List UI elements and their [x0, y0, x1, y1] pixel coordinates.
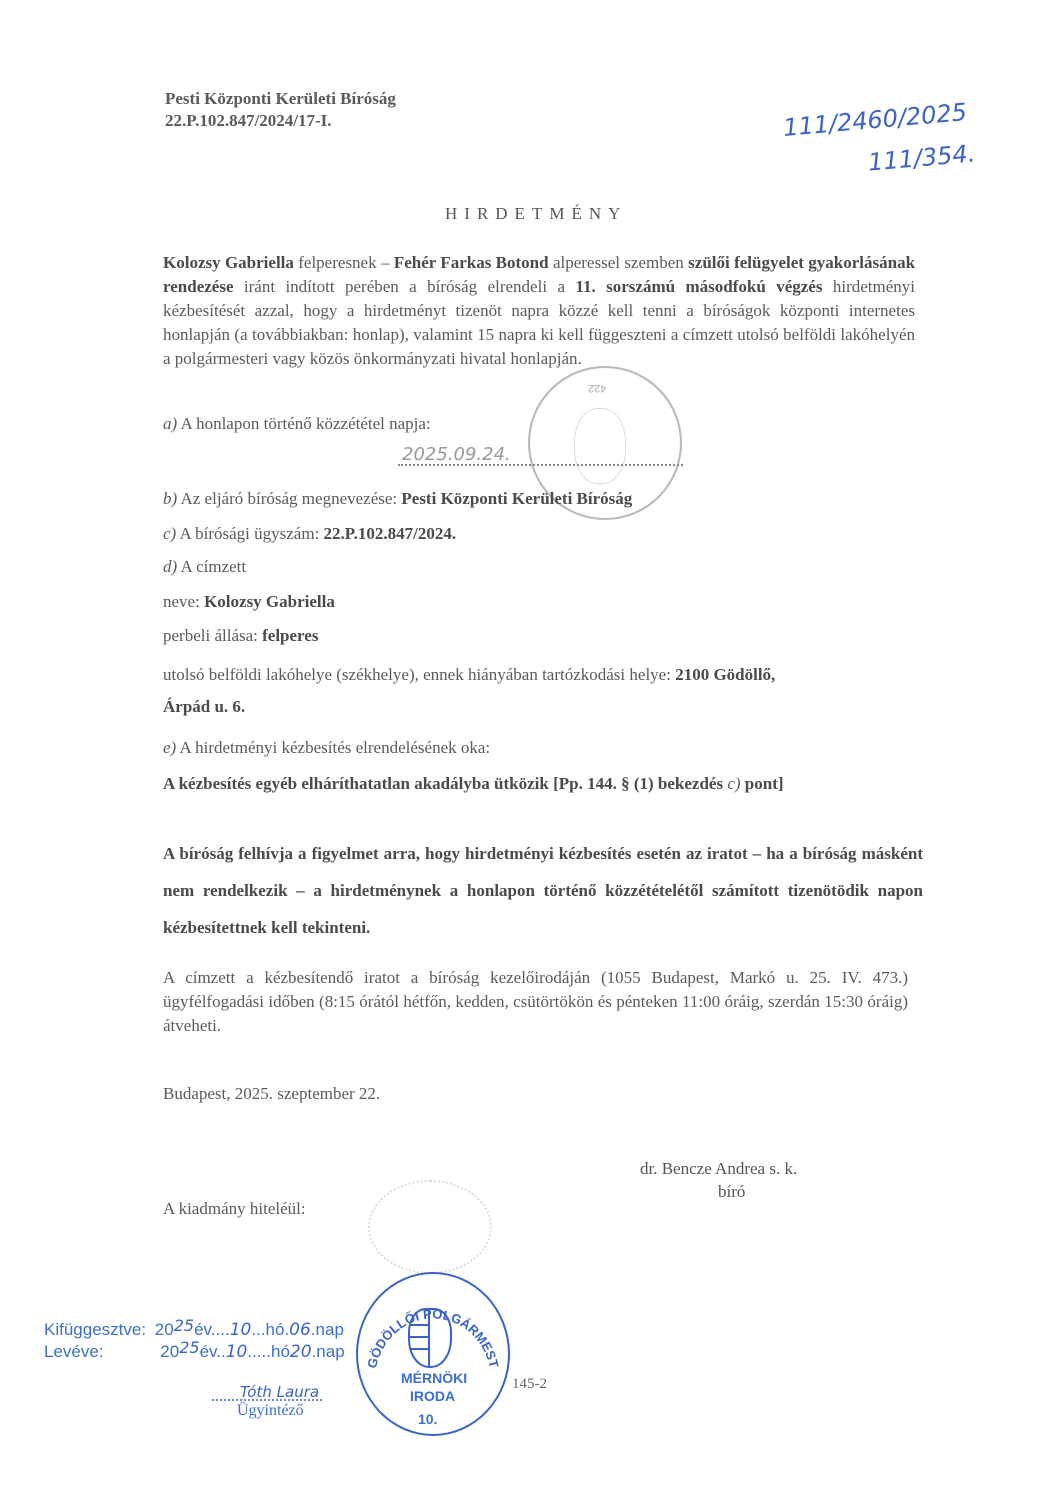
certified-label: A kiadmány hiteléül: — [163, 1199, 306, 1219]
recipient-name: neve: Kolozsy Gabriella — [163, 592, 335, 612]
recipient-role: perbeli állása: felperes — [163, 626, 318, 646]
case-number-value: 22.P.102.847/2024. — [324, 524, 457, 543]
handwritten-reference-1: 111/2460/2025 — [782, 98, 968, 142]
removed-row: Levéve: 2025év..10.....hó20.nap — [44, 1338, 345, 1362]
intro-text-2: alperessel szemben — [549, 253, 689, 272]
posted-month: 10 — [230, 1320, 252, 1340]
intro-text-1: felperesnek – — [294, 253, 394, 272]
intro-text-3: iránt indított perében a bíróság elrende… — [234, 277, 576, 296]
removed-month: 10 — [226, 1342, 248, 1362]
recipient-address-line-2: Árpád u. 6. — [163, 697, 245, 717]
pickup-paragraph: A címzett a kézbesítendő iratot a bírósá… — [163, 966, 908, 1038]
clerk-label: Ügyintéző — [237, 1402, 304, 1420]
posted-year: 25 — [174, 1316, 194, 1335]
publication-date-field: 2025.09.24. — [398, 444, 683, 466]
item-d: d) A címzett — [163, 557, 246, 577]
office-stamp: GÖDÖLLŐI POLGÁRMESTERI HIVATAL MÉRNÖKI I… — [356, 1272, 510, 1436]
coat-of-arms-icon — [408, 1308, 452, 1368]
office-stamp-line2: IRODA — [410, 1388, 455, 1404]
order-reference: 11. sorszámú másodfokú végzés — [575, 277, 822, 296]
item-e: e) A hirdetményi kézbesítés elrendelésén… — [163, 738, 490, 758]
publication-date-handwritten: 2025.09.24. — [402, 444, 511, 465]
posted-row: Kifüggesztve: 2025év....10...hó.06.nap — [44, 1316, 344, 1340]
removed-year: 25 — [179, 1338, 199, 1357]
posted-label: Kifüggesztve: — [44, 1320, 146, 1339]
footer-code: 145-2 — [512, 1376, 547, 1393]
office-stamp-number: 10. — [418, 1411, 437, 1427]
place-date: Budapest, 2025. szeptember 22. — [163, 1084, 380, 1104]
item-b: b) Az eljáró bíróság megnevezése: Pesti … — [163, 489, 632, 509]
document-title: HIRDETMÉNY — [445, 204, 627, 224]
case-reference: 22.P.102.847/2024/17-I. — [165, 110, 332, 132]
plaintiff-name: Kolozsy Gabriella — [163, 253, 294, 272]
court-stamp-number: 422 — [588, 382, 606, 394]
removed-label: Levéve: — [44, 1342, 104, 1361]
recipient-address: utolsó belföldi lakóhelye (székhelye), e… — [163, 665, 775, 685]
removed-day: 20 — [290, 1342, 312, 1362]
delivery-reason: A kézbesítés egyéb elháríthatatlan akadá… — [163, 774, 784, 794]
faint-stamp — [368, 1180, 492, 1274]
judge-signature: dr. Bencze Andrea s. k. — [640, 1159, 797, 1179]
notice-paragraph: A bíróság felhívja a figyelmet arra, hog… — [163, 835, 923, 946]
posted-day: 06 — [289, 1320, 311, 1340]
office-stamp-line1: MÉRNÖKI — [401, 1370, 467, 1386]
intro-paragraph: Kolozsy Gabriella felperesnek – Fehér Fa… — [163, 251, 915, 371]
defendant-name: Fehér Farkas Botond — [394, 253, 549, 272]
court-name-value: Pesti Központi Kerületi Bíróság — [401, 489, 632, 508]
item-c: c) A bírósági ügyszám: 22.P.102.847/2024… — [163, 524, 456, 544]
judge-title: bíró — [718, 1182, 745, 1202]
item-a: a) A honlapon történő közzététel napja: — [163, 414, 431, 434]
court-name: Pesti Központi Kerületi Bíróság — [165, 88, 396, 110]
clerk-signature-line — [212, 1399, 322, 1401]
handwritten-reference-2: 111/354. — [867, 139, 976, 176]
